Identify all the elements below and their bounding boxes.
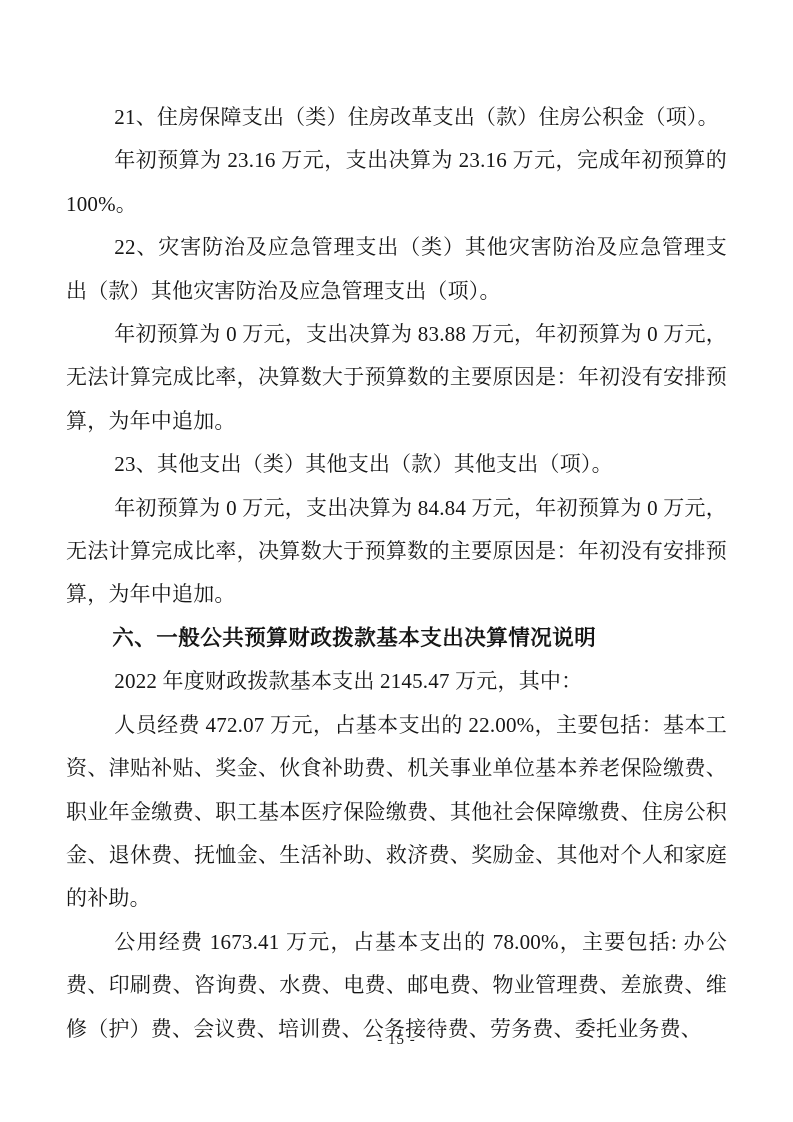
paragraph-item23-title: 23、其他支出（类）其他支出（款）其他支出（项）。 <box>66 443 727 486</box>
paragraph-item22-title: 22、灾害防治及应急管理支出（类）其他灾害防治及应急管理支出（款）其他灾害防治及… <box>66 226 727 313</box>
document-page: 21、住房保障支出（类）住房改革支出（款）住房公积金（项）。 年初预算为 23.… <box>0 0 793 1122</box>
paragraph-item21-detail: 年初预算为 23.16 万元，支出决算为 23.16 万元，完成年初预算的 10… <box>66 139 727 226</box>
document-body: 21、住房保障支出（类）住房改革支出（款）住房公积金（项）。 年初预算为 23.… <box>66 96 727 1051</box>
paragraph-item23-detail: 年初预算为 0 万元，支出决算为 84.84 万元，年初预算为 0 万元，无法计… <box>66 487 727 617</box>
paragraph-item21-title: 21、住房保障支出（类）住房改革支出（款）住房公积金（项）。 <box>66 96 727 139</box>
paragraph-section6-intro: 2022 年度财政拨款基本支出 2145.47 万元，其中： <box>66 660 727 703</box>
section-6-heading: 六、一般公共预算财政拨款基本支出决算情况说明 <box>66 617 727 660</box>
page-number: - 15 - <box>0 1032 793 1049</box>
paragraph-personnel-funds: 人员经费 472.07 万元，占基本支出的 22.00%，主要包括：基本工资、津… <box>66 704 727 921</box>
paragraph-item22-detail: 年初预算为 0 万元，支出决算为 83.88 万元，年初预算为 0 万元，无法计… <box>66 313 727 443</box>
